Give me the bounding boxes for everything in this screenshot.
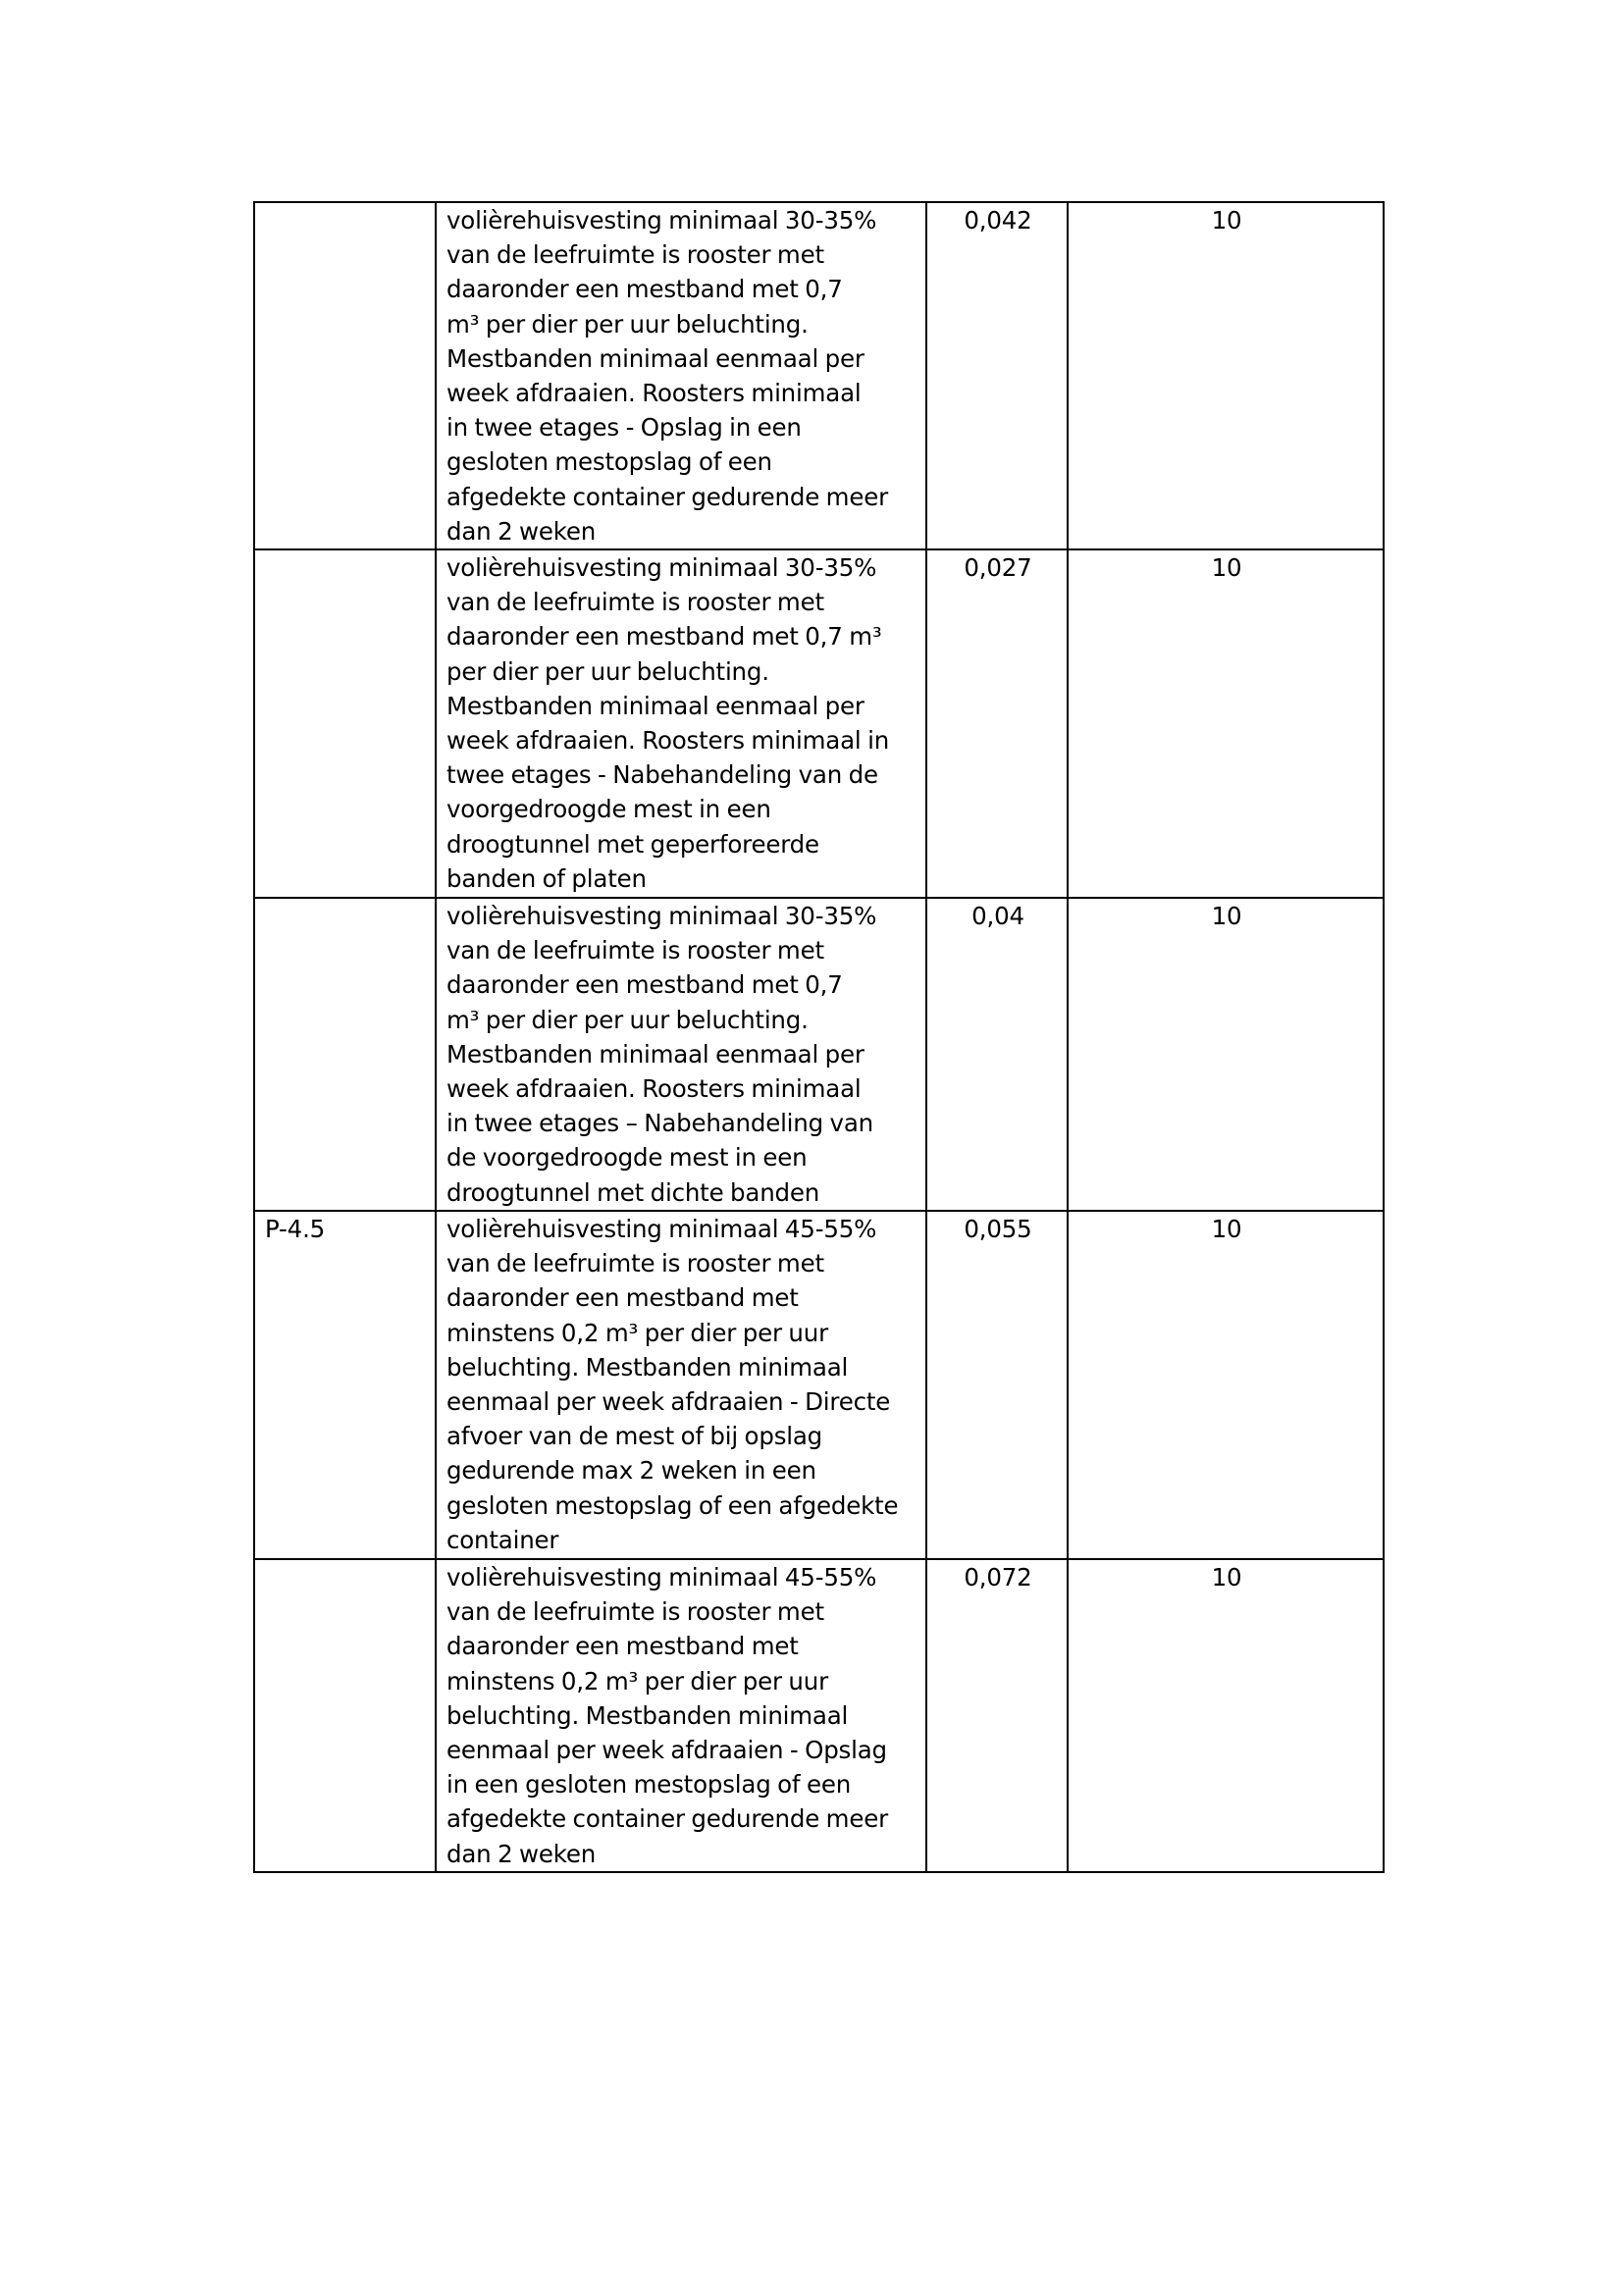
description-cell: volièrehuisvesting minimaal 30-35% van d… (436, 202, 926, 549)
housing-emission-table: volièrehuisvesting minimaal 30-35% van d… (253, 201, 1385, 1873)
description-cell: volièrehuisvesting minimaal 45-55% van d… (436, 1211, 926, 1559)
table-row: volièrehuisvesting minimaal 45-55% van d… (254, 1559, 1384, 1872)
value-cell: 10 (1068, 202, 1384, 549)
table-row: volièrehuisvesting minimaal 30-35% van d… (254, 898, 1384, 1211)
description-cell: volièrehuisvesting minimaal 30-35% van d… (436, 898, 926, 1211)
value-cell: 10 (1068, 898, 1384, 1211)
document-page: volièrehuisvesting minimaal 30-35% van d… (0, 0, 1624, 2295)
description-cell: volièrehuisvesting minimaal 45-55% van d… (436, 1559, 926, 1872)
description-cell: volièrehuisvesting minimaal 30-35% van d… (436, 549, 926, 898)
value-cell: 10 (1068, 1211, 1384, 1559)
code-cell (254, 549, 436, 898)
table-row: volièrehuisvesting minimaal 30-35% van d… (254, 549, 1384, 898)
emission-factor-cell: 0,055 (926, 1211, 1068, 1559)
code-cell: P-4.5 (254, 1211, 436, 1559)
value-cell: 10 (1068, 549, 1384, 898)
table-row: volièrehuisvesting minimaal 30-35% van d… (254, 202, 1384, 549)
emission-factor-cell: 0,072 (926, 1559, 1068, 1872)
emission-factor-cell: 0,04 (926, 898, 1068, 1211)
code-cell (254, 898, 436, 1211)
value-cell: 10 (1068, 1559, 1384, 1872)
table-row: P-4.5 volièrehuisvesting minimaal 45-55%… (254, 1211, 1384, 1559)
code-cell (254, 202, 436, 549)
code-cell (254, 1559, 436, 1872)
emission-factor-cell: 0,027 (926, 549, 1068, 898)
emission-factor-cell: 0,042 (926, 202, 1068, 549)
